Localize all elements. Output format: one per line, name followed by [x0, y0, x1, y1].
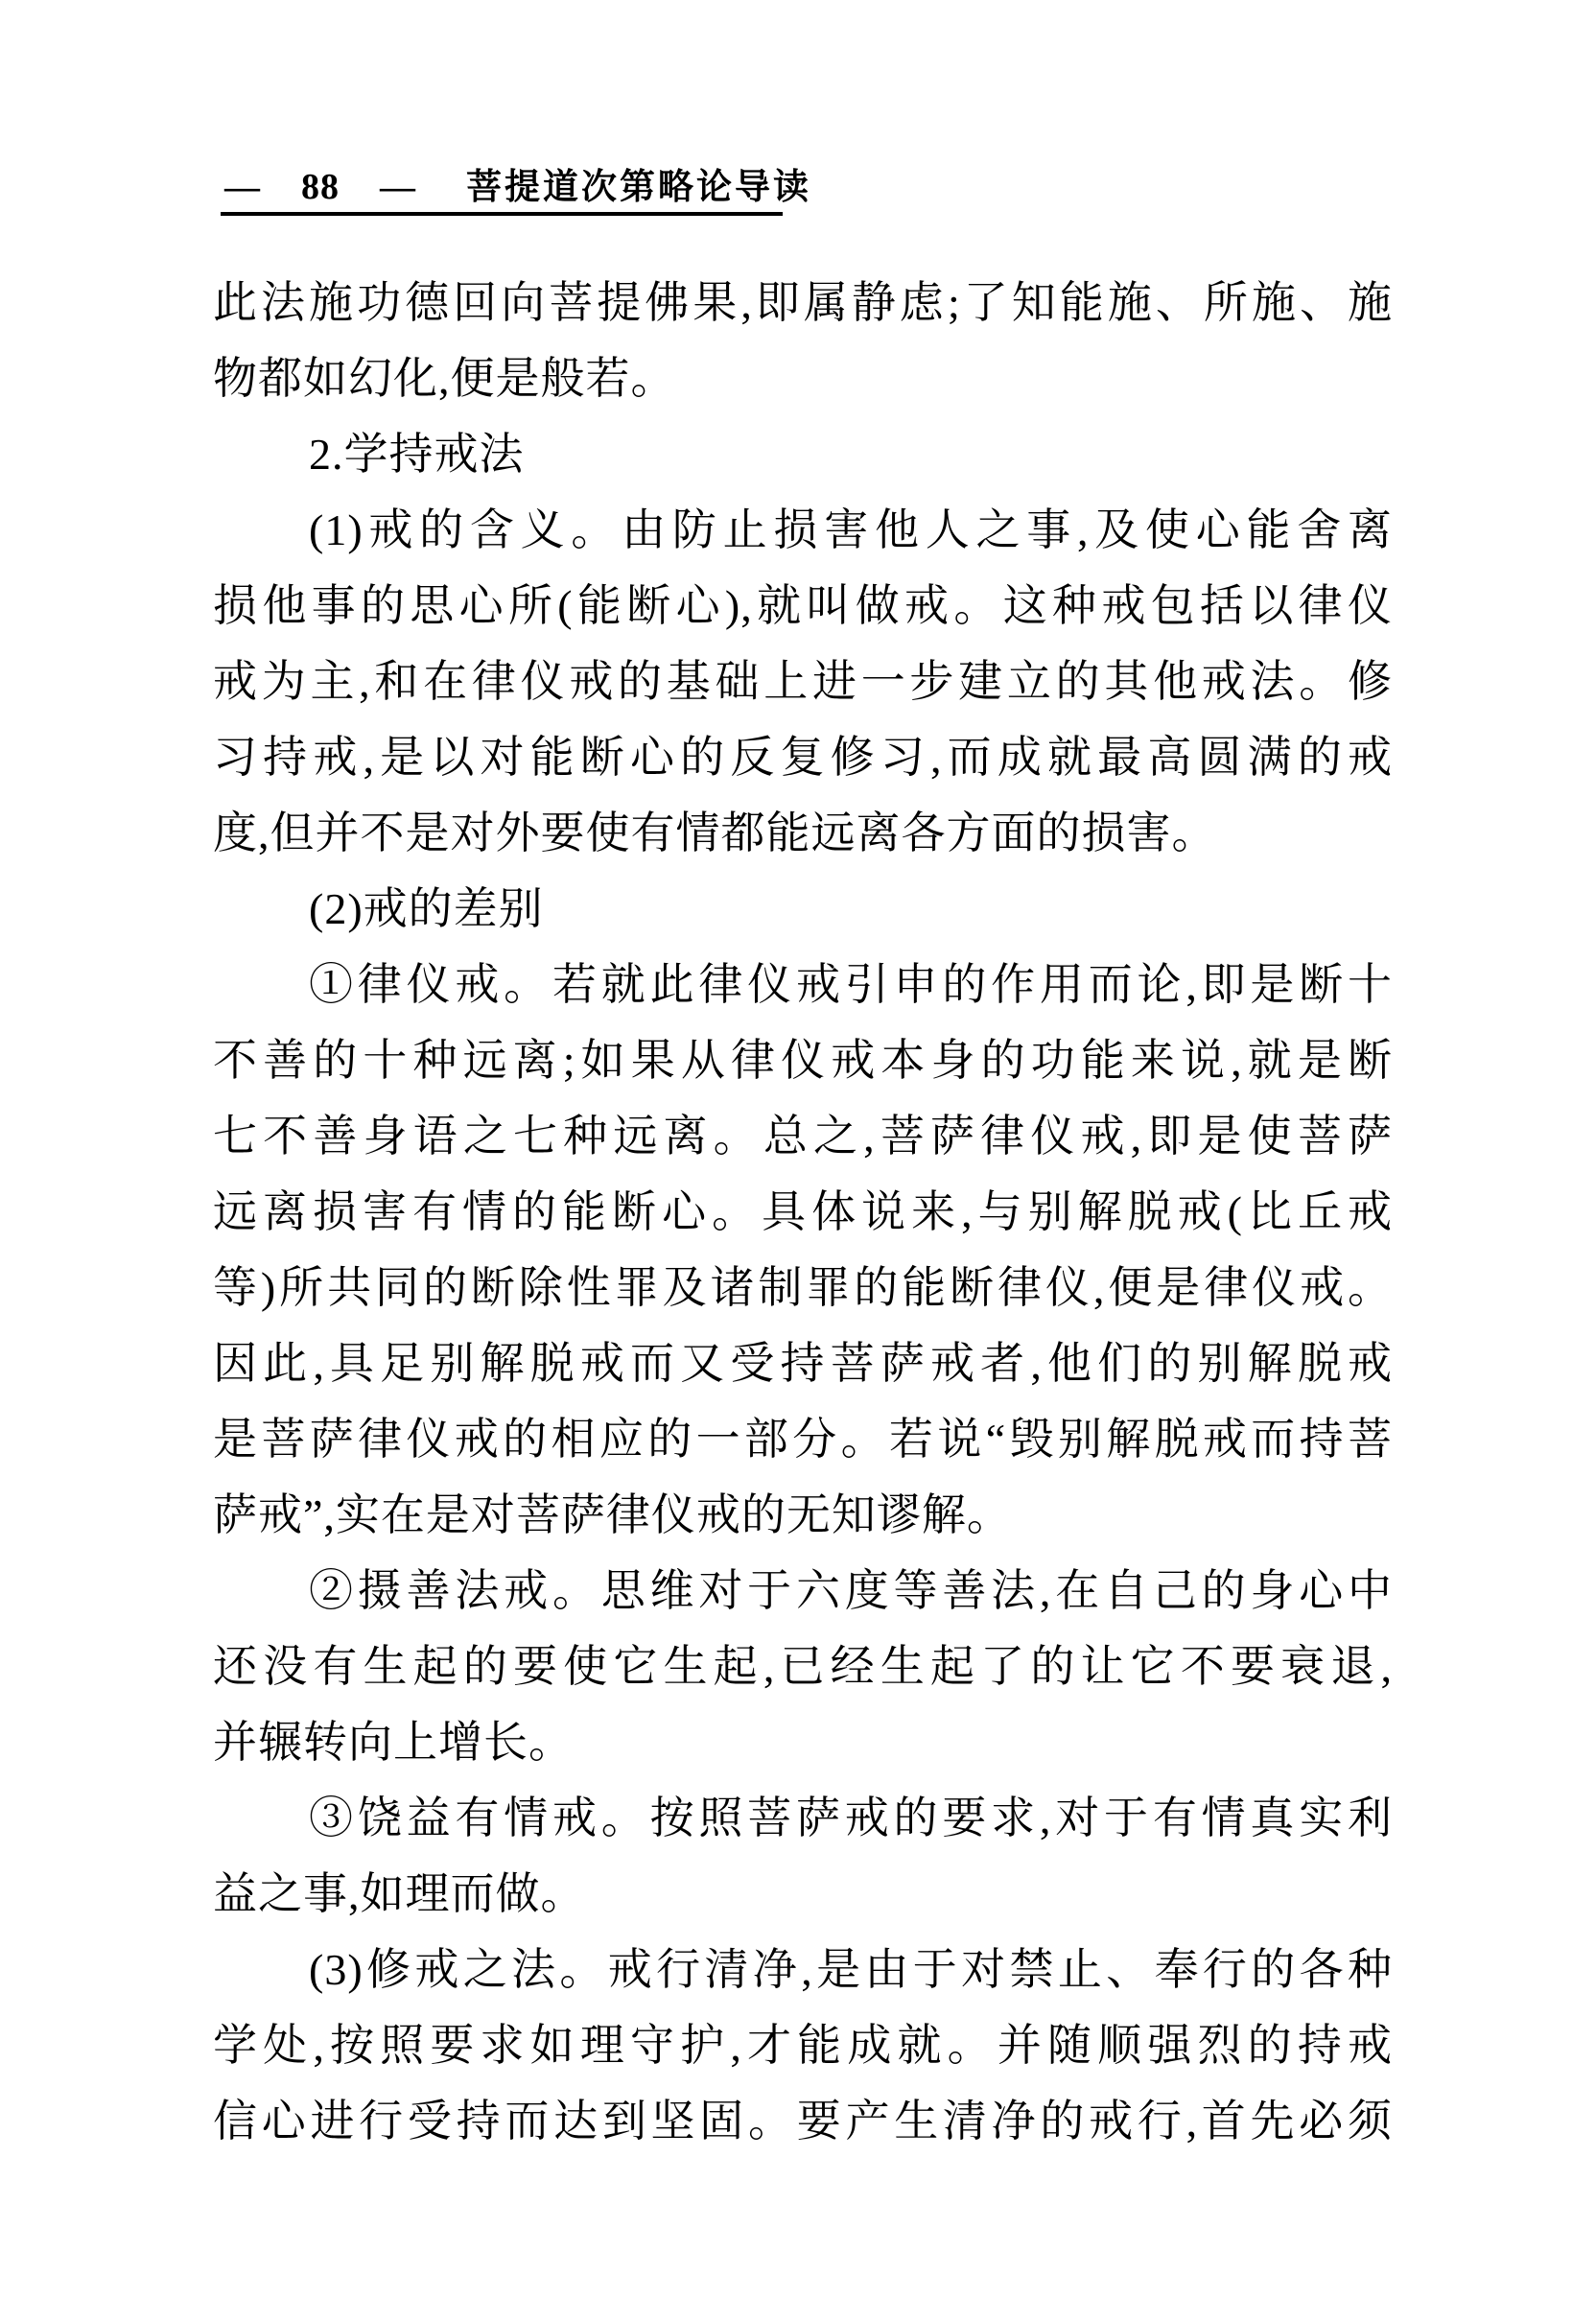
text-line: 戒为主,和在律仪戒的基础上进一步建立的其他戒法。修 — [213, 644, 1393, 719]
text-line: 不善的十种远离;如果从律仪戒本身的功能来说,就是断 — [213, 1022, 1393, 1098]
text-line: 等)所共同的断除性罪及诸制罪的能断律仪,便是律仪戒。 — [213, 1250, 1393, 1325]
text-line: 七不善身语之七种远离。总之,菩萨律仪戒,即是使菩萨 — [213, 1098, 1393, 1174]
text-line: 度,但并不是对外要使有情都能远离各方面的损害。 — [213, 795, 1393, 871]
text-line: (2)戒的差别 — [213, 871, 1393, 947]
header-dash-left: — — [224, 167, 261, 208]
text-line: ③饶益有情戒。按照菩萨戒的要求,对于有情真实利 — [213, 1780, 1393, 1856]
text-line: 萨戒”,实在是对菩萨律仪戒的无知谬解。 — [213, 1477, 1393, 1553]
text-line: 因此,具足别解脱戒而又受持菩萨戒者,他们的别解脱戒 — [213, 1325, 1393, 1401]
header-rule — [221, 212, 783, 216]
text-line: (3)修戒之法。戒行清净,是由于对禁止、奉行的各种 — [213, 1932, 1393, 2007]
text-line: 益之事,如理而做。 — [213, 1856, 1393, 1932]
text-line: 信心进行受持而达到坚固。要产生清净的戒行,首先必须 — [213, 2083, 1393, 2159]
text-line: (1)戒的含义。由防止损害他人之事,及使心能舍离 — [213, 492, 1393, 568]
text-line: 损他事的思心所(能断心),就叫做戒。这种戒包括以律仪 — [213, 568, 1393, 644]
text-line: ①律仪戒。若就此律仪戒引申的作用而论,即是断十 — [213, 947, 1393, 1022]
text-line: 此法施功德回向菩提佛果,即属静虑;了知能施、所施、施 — [213, 265, 1393, 340]
page-number: 88 — [301, 166, 340, 208]
header-dash-right: — — [380, 167, 416, 208]
text-line: 是菩萨律仪戒的相应的一部分。若说“毁别解脱戒而持菩 — [213, 1401, 1393, 1477]
text-line: 习持戒,是以对能断心的反复修习,而成就最高圆满的戒 — [213, 719, 1393, 795]
book-title: 菩提道次第略论导读 — [466, 157, 811, 209]
page-header: —88—菩提道次第略论导读 — [224, 157, 811, 209]
text-line: 学处,按照要求如理守护,才能成就。并随顺强烈的持戒 — [213, 2007, 1393, 2083]
book-page: —88—菩提道次第略论导读 此法施功德回向菩提佛果,即属静虑;了知能施、所施、施… — [0, 0, 1596, 2298]
text-line: 2.学持戒法 — [213, 416, 1393, 492]
text-line: 还没有生起的要使它生起,已经生起了的让它不要衰退, — [213, 1629, 1393, 1704]
text-line: ②摄善法戒。思维对于六度等善法,在自己的身心中 — [213, 1553, 1393, 1629]
text-line: 物都如幻化,便是般若。 — [213, 340, 1393, 416]
page-body: 此法施功德回向菩提佛果,即属静虑;了知能施、所施、施物都如幻化,便是般若。2.学… — [213, 265, 1393, 2159]
text-line: 并辗转向上增长。 — [213, 1704, 1393, 1780]
text-line: 远离损害有情的能断心。具体说来,与别解脱戒(比丘戒 — [213, 1174, 1393, 1250]
